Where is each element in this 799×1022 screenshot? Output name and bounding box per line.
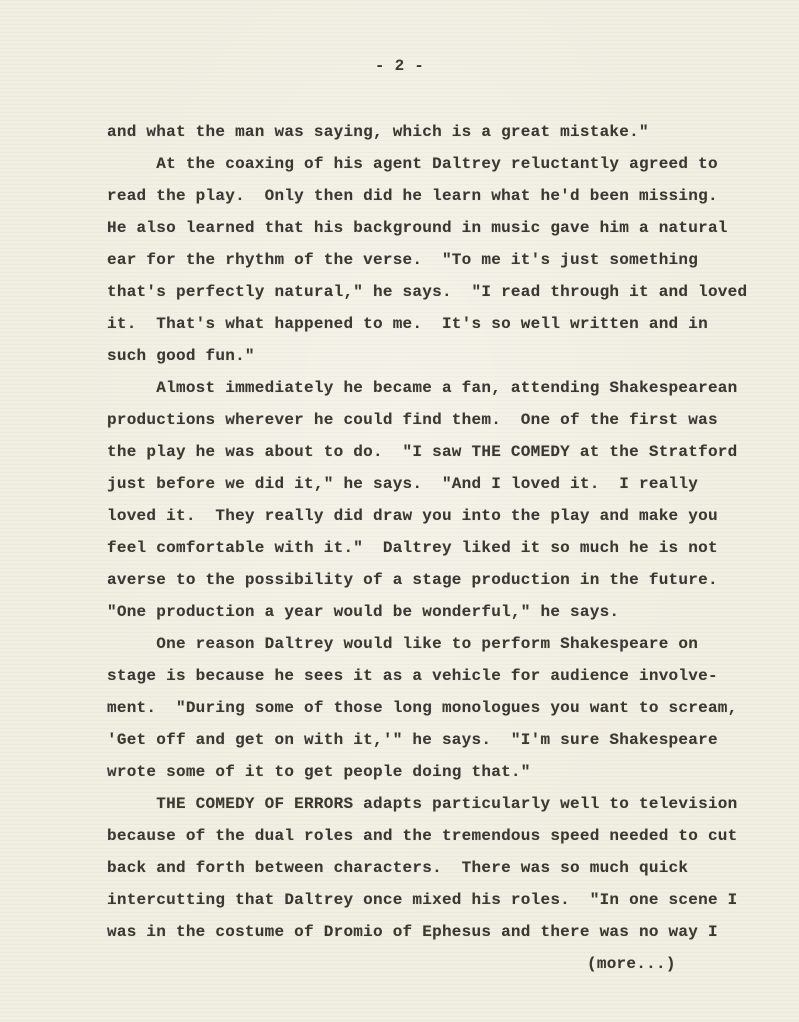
text-line: One reason Daltrey would like to perform… bbox=[107, 628, 767, 660]
text-line: read the play. Only then did he learn wh… bbox=[107, 180, 767, 212]
text-line: that's perfectly natural," he says. "I r… bbox=[107, 276, 767, 308]
text-line: such good fun." bbox=[107, 340, 767, 372]
text-line: loved it. They really did draw you into … bbox=[107, 500, 767, 532]
text-line: back and forth between characters. There… bbox=[107, 852, 767, 884]
text-line: and what the man was saying, which is a … bbox=[107, 116, 767, 148]
text-line: THE COMEDY OF ERRORS adapts particularly… bbox=[107, 788, 767, 820]
text-line: At the coaxing of his agent Daltrey relu… bbox=[107, 148, 767, 180]
text-line: averse to the possibility of a stage pro… bbox=[107, 564, 767, 596]
text-line: productions wherever he could find them.… bbox=[107, 404, 767, 436]
text-line: the play he was about to do. "I saw THE … bbox=[107, 436, 767, 468]
text-line: because of the dual roles and the tremen… bbox=[107, 820, 767, 852]
scanned-typewritten-page: - 2 - and what the man was saying, which… bbox=[0, 0, 799, 1022]
more-continuation-marker: (more...) bbox=[107, 948, 767, 980]
text-line: stage is because he sees it as a vehicle… bbox=[107, 660, 767, 692]
text-line: He also learned that his background in m… bbox=[107, 212, 767, 244]
text-line: "One production a year would be wonderfu… bbox=[107, 596, 767, 628]
text-line: feel comfortable with it." Daltrey liked… bbox=[107, 532, 767, 564]
text-line: intercutting that Daltrey once mixed his… bbox=[107, 884, 767, 916]
typed-text-block: and what the man was saying, which is a … bbox=[107, 116, 767, 980]
text-line: Almost immediately he became a fan, atte… bbox=[107, 372, 767, 404]
text-line: was in the costume of Dromio of Ephesus … bbox=[107, 916, 767, 948]
text-line: ear for the rhythm of the verse. "To me … bbox=[107, 244, 767, 276]
text-line: ment. "During some of those long monolog… bbox=[107, 692, 767, 724]
text-line: it. That's what happened to me. It's so … bbox=[107, 308, 767, 340]
text-line: just before we did it," he says. "And I … bbox=[107, 468, 767, 500]
page-number: - 2 - bbox=[0, 57, 799, 75]
text-line: 'Get off and get on with it,'" he says. … bbox=[107, 724, 767, 756]
text-line: wrote some of it to get people doing tha… bbox=[107, 756, 767, 788]
